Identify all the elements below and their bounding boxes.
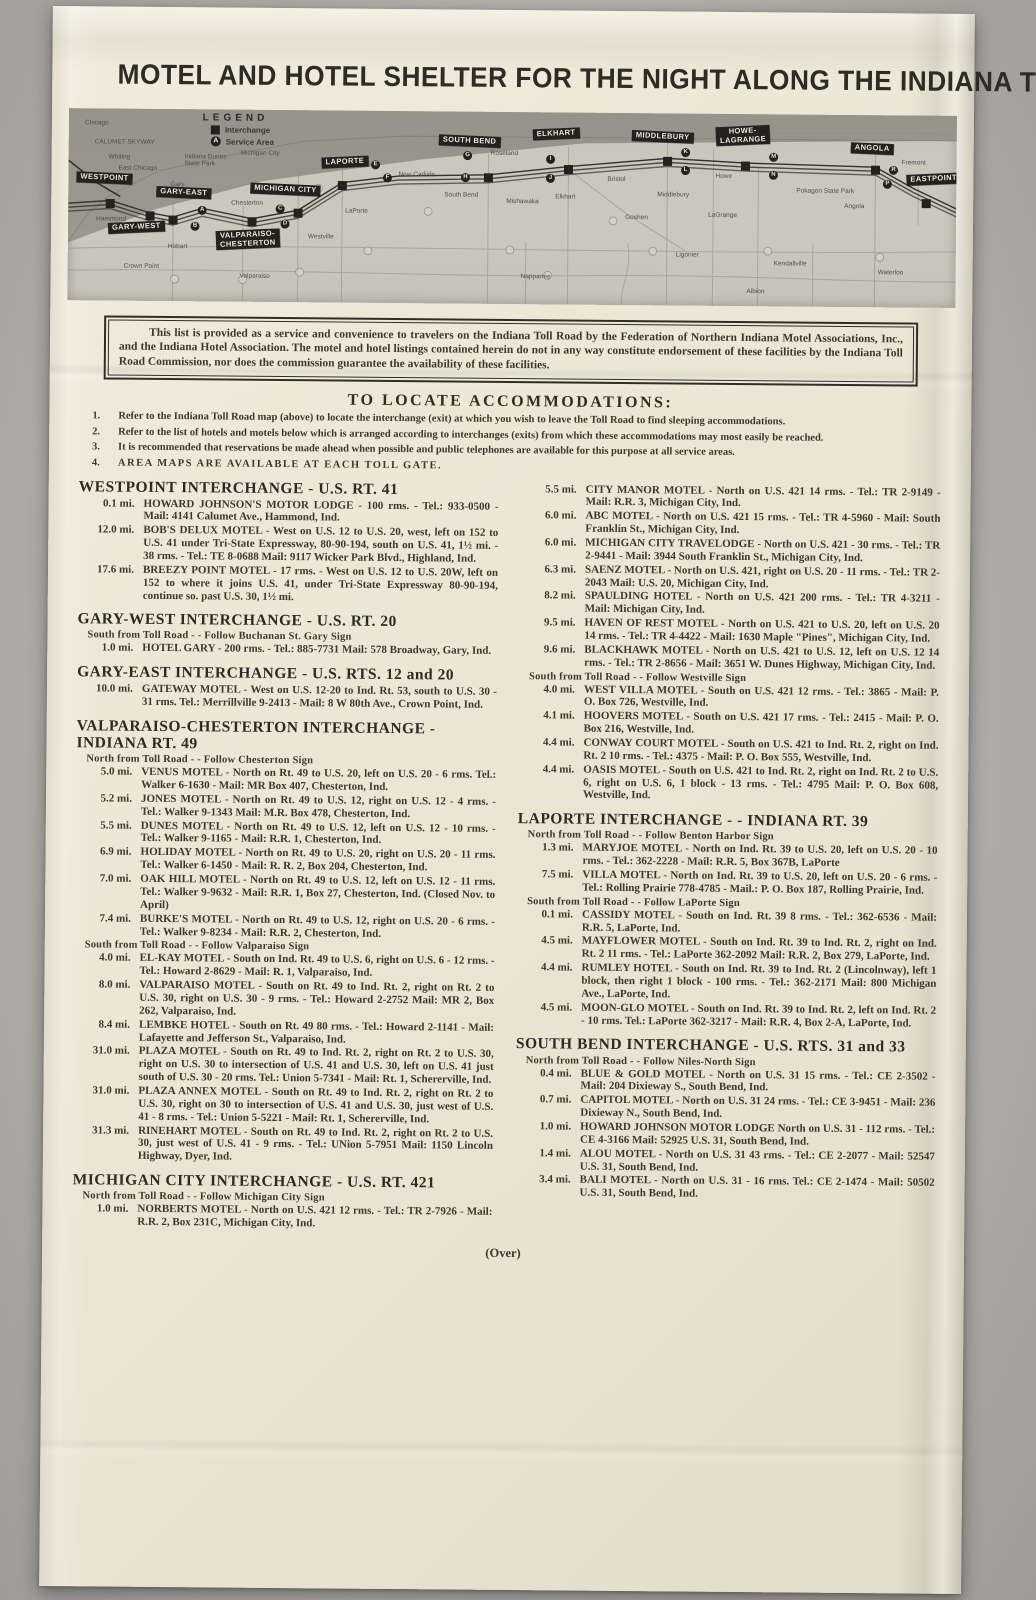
entry-distance: 1.4 mi. xyxy=(515,1147,580,1173)
interchange-section: GARY-WEST INTERCHANGE - U.S. RT. 20South… xyxy=(77,611,497,659)
section-title: MICHIGAN CITY INTERCHANGE - U.S. RT. 421 xyxy=(73,1171,493,1192)
interchange-marker xyxy=(741,162,750,171)
town-label: CALUMET SKYWAY xyxy=(95,138,155,146)
entry-description: RINEHART MOTEL - South on Rt. 49 to Ind.… xyxy=(138,1124,493,1166)
entry-description: MICHIGAN CITY TRAVELODGE - North on U.S.… xyxy=(585,537,940,566)
entry-distance: 31.0 mi. xyxy=(74,1045,139,1084)
service-area-marker: B xyxy=(190,222,199,231)
page-title: MOTEL AND HOTEL SHELTER FOR THE NIGHT AL… xyxy=(117,59,909,98)
town-label: LaPorte xyxy=(345,208,368,215)
interchange-sign: HOWE- LAGRANGE xyxy=(715,125,770,147)
listing-entry: 5.2 mi.JONES MOTEL - North on Rt. 49 to … xyxy=(76,792,496,821)
listing-entry: 8.4 mi.LEMBKE HOTEL - South on Rt. 49 80… xyxy=(74,1018,494,1047)
legend-interchange-label: Interchange xyxy=(225,126,270,135)
entry-description: HOTEL GARY - 200 rms. - Tel.: 885-7731 M… xyxy=(142,642,497,658)
entry-distance: 6.3 mi. xyxy=(520,563,585,589)
entry-description: MARYJOE MOTEL - North on Ind. Rt. 39 to … xyxy=(582,842,937,871)
legend-title: LEGEND xyxy=(197,112,274,124)
town-label: Mishawaka xyxy=(506,198,539,205)
listing-entry: 0.1 mi.CASSIDY MOTEL - South on Ind. Rt.… xyxy=(517,908,937,937)
toll-road-map: LEGEND Interchange A Service Area ABCDEF… xyxy=(67,108,957,308)
listing-column-right: 5.5 mi.CITY MANOR MOTEL - North on U.S. … xyxy=(515,482,941,1203)
listing-entry: 4.5 mi.MAYFLOWER MOTEL - South on Ind. R… xyxy=(517,935,937,964)
entry-description: MAYFLOWER MOTEL - South on Ind. Rt. 39 t… xyxy=(582,935,937,964)
entry-description: OAK HILL MOTEL - North on Rt. 49 to U.S.… xyxy=(140,873,495,915)
town-label: Michigan City xyxy=(241,150,280,157)
town-label: Bristol xyxy=(607,176,625,183)
service-area-marker: I xyxy=(546,155,555,164)
entry-description: BOB'S DELUX MOTEL - West on U.S. 12 to U… xyxy=(143,524,498,566)
entry-distance: 0.7 mi. xyxy=(515,1093,580,1119)
entry-distance: 4.4 mi. xyxy=(518,736,583,762)
instruction-number: 1. xyxy=(92,410,118,423)
instructions-list: 1.Refer to the Indiana Toll Road map (ab… xyxy=(92,410,928,477)
entry-distance: 5.5 mi. xyxy=(76,819,141,845)
disclaimer-box: This list is provided as a service and c… xyxy=(104,315,919,386)
interchange-sign: ANGOLA xyxy=(850,142,893,154)
brochure-paper: MOTEL AND HOTEL SHELTER FOR THE NIGHT AL… xyxy=(39,6,975,1594)
interchange-section: MICHIGAN CITY INTERCHANGE - U.S. RT. 421… xyxy=(72,1171,492,1231)
listing-entry: 6.9 mi.HOLIDAY MOTEL - North on Rt. 49 t… xyxy=(75,846,495,875)
interchange-icon xyxy=(211,125,220,134)
service-area-marker: L xyxy=(681,166,690,175)
entry-distance: 3.4 mi. xyxy=(515,1173,580,1199)
town-label: Crown Point xyxy=(124,263,159,270)
town-label: Howe xyxy=(715,173,732,180)
entry-distance: 8.2 mi. xyxy=(520,589,585,615)
entry-distance: 8.4 mi. xyxy=(74,1018,139,1044)
listing-entry: 4.5 mi.MOON-GLO MOTEL - South on Ind. Rt… xyxy=(516,1001,936,1030)
entry-description: MOON-GLO MOTEL - South on Ind. Rt. 39 to… xyxy=(581,1001,936,1030)
town-label: Roseland xyxy=(491,150,519,157)
entry-distance: 7.0 mi. xyxy=(75,872,140,911)
entry-description: JONES MOTEL - North on Rt. 49 to U.S. 12… xyxy=(141,793,496,822)
listing-entry: 5.5 mi.CITY MANOR MOTEL - North on U.S. … xyxy=(521,483,941,512)
entry-description: CASSIDY MOTEL - South on Ind. Rt. 39 8 r… xyxy=(582,908,937,937)
entry-description: GATEWAY MOTEL - West on U.S. 12-20 to In… xyxy=(142,683,497,712)
interchange-marker xyxy=(922,199,931,208)
entry-distance: 1.3 mi. xyxy=(517,841,582,867)
interchange-sign: LAPORTE xyxy=(321,156,368,169)
service-area-marker: C xyxy=(276,204,285,213)
entry-distance: 4.1 mi. xyxy=(519,709,584,735)
entry-distance: 7.5 mi. xyxy=(517,868,582,894)
section-title: LAPORTE INTERCHANGE - - INDIANA RT. 39 xyxy=(518,810,938,831)
interchange-section: WESTPOINT INTERCHANGE - U.S. RT. 410.1 m… xyxy=(78,478,499,606)
entry-distance: 9.6 mi. xyxy=(519,643,584,669)
entry-description: VENUS MOTEL - North on Rt. 49 to U.S. 20… xyxy=(141,766,496,795)
entry-distance: 6.0 mi. xyxy=(520,536,585,562)
interchange-marker xyxy=(247,217,256,226)
listing-entry: 31.3 mi.RINEHART MOTEL - South on Rt. 49… xyxy=(73,1124,493,1166)
town-label: LaGrange xyxy=(708,212,737,219)
interchange-section: 5.5 mi.CITY MANOR MOTEL - North on U.S. … xyxy=(518,483,941,805)
disclaimer-text: This list is provided as a service and c… xyxy=(119,326,903,376)
interchange-sign: ELKHART xyxy=(533,127,580,140)
section-title: GARY-WEST INTERCHANGE - U.S. RT. 20 xyxy=(77,611,497,632)
listing-entry: 1.3 mi.MARYJOE MOTEL - North on Ind. Rt.… xyxy=(517,841,937,870)
listing-entry: 4.4 mi.RUMLEY HOTEL - South on Ind. Rt. … xyxy=(516,961,936,1003)
town-label: Kendallville xyxy=(774,260,807,267)
listing-entry: 31.0 mi.PLAZA ANNEX MOTEL - South on Rt.… xyxy=(73,1084,493,1126)
entry-distance: 5.2 mi. xyxy=(76,792,141,818)
entry-distance: 6.9 mi. xyxy=(75,846,140,872)
entry-distance: 1.0 mi. xyxy=(77,642,142,655)
town-label: East Chicago xyxy=(118,165,157,172)
listing-entry: 5.5 mi.DUNES MOTEL - North on Rt. 49 to … xyxy=(76,819,496,848)
entry-description: BURKE'S MOTEL - North on Rt. 49 to U.S. … xyxy=(140,912,495,941)
service-area-marker: E xyxy=(371,160,380,169)
instruction-number: 4. xyxy=(92,457,118,470)
service-area-marker: N xyxy=(769,171,778,180)
town-label: Elkhart xyxy=(555,193,575,200)
entry-distance: 4.4 mi. xyxy=(518,763,583,802)
listing-entry: 4.1 mi.HOOVERS MOTEL - South on U.S. 421… xyxy=(519,709,939,738)
entry-description: RUMLEY HOTEL - South on Ind. Rt. 39 to I… xyxy=(581,962,936,1004)
listing-entry: 8.0 mi.VALPARAISO MOTEL - South on Rt. 4… xyxy=(74,978,494,1020)
listing-entry: 0.7 mi.CAPITOL MOTEL - North on U.S. 31 … xyxy=(515,1093,935,1122)
listing-entry: 1.0 mi.HOWARD JOHNSON MOTOR LODGE North … xyxy=(515,1120,935,1149)
instructions: TO LOCATE ACCOMMODATIONS: 1.Refer to the… xyxy=(92,389,929,477)
map-legend: LEGEND Interchange A Service Area xyxy=(197,112,274,147)
entry-distance: 7.4 mi. xyxy=(75,912,140,938)
entry-description: SAENZ MOTEL - North on U.S. 421, right o… xyxy=(585,563,940,592)
entry-distance: 12.0 mi. xyxy=(78,524,143,563)
instruction-number: 3. xyxy=(92,442,118,455)
interchange-section: SOUTH BEND INTERCHANGE - U.S. RTS. 31 an… xyxy=(515,1036,936,1203)
entry-distance: 0.4 mi. xyxy=(515,1067,580,1093)
town-label: Hobart xyxy=(168,243,188,250)
town-label: Valparaiso xyxy=(240,273,270,280)
interchange-marker xyxy=(106,199,115,208)
interchange-marker xyxy=(871,166,880,175)
listing-column-left: WESTPOINT INTERCHANGE - U.S. RT. 410.1 m… xyxy=(72,478,499,1232)
entry-distance: 10.0 mi. xyxy=(77,683,142,709)
listing-entry: 4.0 mi.WEST VILLA MOTEL - South on U.S. … xyxy=(519,683,939,712)
listing-entry: 4.4 mi.OASIS MOTEL - South on U.S. 421 t… xyxy=(518,763,938,805)
entry-distance: 0.1 mi. xyxy=(517,908,582,934)
town-label: Westville xyxy=(308,233,334,240)
listing-entry: 8.2 mi.SPAULDING HOTEL - North on U.S. 4… xyxy=(520,589,940,618)
entry-description: HOWARD JOHNSON MOTOR LODGE North on U.S.… xyxy=(580,1121,935,1150)
entry-description: BLACKHAWK MOTEL - North on U.S. 421 to U… xyxy=(584,643,939,672)
interchange-marker xyxy=(294,209,303,218)
entry-distance: 8.0 mi. xyxy=(74,978,139,1017)
section-title: VALPARAISO-CHESTERTON INTERCHANGE - INDI… xyxy=(76,717,496,755)
entry-distance: 1.0 mi. xyxy=(515,1120,580,1146)
service-area-icon: A xyxy=(211,136,221,146)
listing-entry: 7.0 mi.OAK HILL MOTEL - North on Rt. 49 … xyxy=(75,872,495,914)
interchange-marker xyxy=(663,157,672,166)
entry-distance: 31.3 mi. xyxy=(73,1124,138,1163)
service-area-marker: D xyxy=(280,220,289,229)
entry-description: CAPITOL MOTEL - North on U.S. 31 24 rms.… xyxy=(580,1094,935,1123)
entry-distance: 4.5 mi. xyxy=(516,1001,581,1027)
interchange-marker xyxy=(146,211,155,220)
interchange-section: LAPORTE INTERCHANGE - - INDIANA RT. 39No… xyxy=(516,810,938,1030)
entry-description: PLAZA MOTEL - South on Rt. 49 to Ind. Rt… xyxy=(139,1045,494,1087)
town-label: Fremont xyxy=(902,159,926,166)
listing-entry: 7.5 mi.VILLA MOTEL - North on Ind. Rt. 3… xyxy=(517,868,937,897)
entry-description: NORBERTS MOTEL - North on U.S. 421 12 rm… xyxy=(137,1203,492,1232)
listing-entry: 1.0 mi.HOTEL GARY - 200 rms. - Tel.: 885… xyxy=(77,642,497,659)
section-title: SOUTH BEND INTERCHANGE - U.S. RTS. 31 an… xyxy=(516,1036,936,1057)
listing-entry: 17.6 mi.BREEZY POINT MOTEL - 17 rms. - W… xyxy=(78,563,498,605)
entry-description: OASIS MOTEL - South on U.S. 421 to Ind. … xyxy=(583,763,938,805)
entry-description: HOWARD JOHNSON'S MOTOR LODGE - 100 rms. … xyxy=(143,497,498,526)
town-label: Waterloo xyxy=(878,269,904,276)
entry-description: CONWAY COURT MOTEL - South on U.S. 421 t… xyxy=(583,737,938,766)
entry-distance: 5.0 mi. xyxy=(76,765,141,791)
entry-description: BLUE & GOLD MOTEL - North on U.S. 31 15 … xyxy=(580,1067,935,1096)
interchange-marker xyxy=(169,216,178,225)
town-label: New Carlisle xyxy=(398,171,435,178)
entry-description: VALPARAISO MOTEL - South on Rt. 49 to In… xyxy=(139,979,494,1021)
service-area-marker: M xyxy=(769,153,778,162)
town-label: Pokagon State Park xyxy=(796,188,854,196)
entry-description: ALOU MOTEL - North on U.S. 31 43 rms. - … xyxy=(580,1147,935,1176)
instruction-number: 2. xyxy=(92,426,118,439)
listing-entry: 1.0 mi.NORBERTS MOTEL - North on U.S. 42… xyxy=(72,1202,492,1231)
town-label: Chicago xyxy=(85,119,109,126)
service-area-marker: A xyxy=(198,206,207,215)
entry-distance: 4.5 mi. xyxy=(517,935,582,961)
entry-description: WEST VILLA MOTEL - South on U.S. 421 12 … xyxy=(584,683,939,712)
town-label: Indiana Dunes State Park xyxy=(185,153,227,168)
town-label: Nappanee xyxy=(521,273,551,280)
section-title: GARY-EAST INTERCHANGE - U.S. RTS. 12 and… xyxy=(77,664,497,685)
entry-description: BREEZY POINT MOTEL - 17 rms. - West on U… xyxy=(143,564,498,606)
entry-description: HOLIDAY MOTEL - North on Rt. 49 to U.S. … xyxy=(140,846,495,875)
service-area-marker: G xyxy=(463,151,472,160)
listing-entry: 9.5 mi.HAVEN OF REST MOTEL - North on U.… xyxy=(519,616,939,645)
town-label: Middlebury xyxy=(657,191,689,198)
listing-entry: 6.3 mi.SAENZ MOTEL - North on U.S. 421, … xyxy=(520,563,940,592)
listing-entry: 0.1 mi.HOWARD JOHNSON'S MOTOR LODGE - 10… xyxy=(78,497,498,526)
section-title: WESTPOINT INTERCHANGE - U.S. RT. 41 xyxy=(79,478,499,499)
interchange-marker xyxy=(484,173,493,182)
town-label: Chesterton xyxy=(231,200,263,207)
listing-entry: 4.4 mi.CONWAY COURT MOTEL - South on U.S… xyxy=(518,736,938,765)
listing-entry: 1.4 mi.ALOU MOTEL - North on U.S. 31 43 … xyxy=(515,1147,935,1176)
entry-distance: 5.5 mi. xyxy=(521,483,586,509)
entry-description: SPAULDING HOTEL - North on U.S. 421 200 … xyxy=(585,590,940,619)
entry-distance: 9.5 mi. xyxy=(519,616,584,642)
listing-entry: 6.0 mi.ABC MOTEL - North on U.S. 421 15 … xyxy=(520,509,940,538)
interchange-section: GARY-EAST INTERCHANGE - U.S. RTS. 12 and… xyxy=(77,664,497,712)
listing-entry: 4.0 mi.EL-KAY MOTEL - South on Ind. Rt. … xyxy=(74,952,494,981)
legend-service-area-label: Service Area xyxy=(226,137,274,146)
entry-distance: 31.0 mi. xyxy=(73,1084,138,1123)
listing-entry: 10.0 mi.GATEWAY MOTEL - West on U.S. 12-… xyxy=(77,683,497,712)
listing-entry: 31.0 mi.PLAZA MOTEL - South on Rt. 49 to… xyxy=(74,1045,494,1087)
entry-distance: 17.6 mi. xyxy=(78,563,143,602)
listing-entry: 12.0 mi.BOB'S DELUX MOTEL - West on U.S.… xyxy=(78,524,498,566)
interchange-sign: VALPARAISO- CHESTERTON xyxy=(215,228,279,250)
town-label: South Bend xyxy=(444,191,478,198)
town-label: Angola xyxy=(844,203,864,210)
interchange-section: VALPARAISO-CHESTERTON INTERCHANGE - INDI… xyxy=(73,717,497,1166)
interchange-sign: EASTPOINT xyxy=(906,173,957,186)
listing-entry: 5.0 mi.VENUS MOTEL - North on Rt. 49 to … xyxy=(76,765,496,794)
entry-description: CITY MANOR MOTEL - North on U.S. 421 14 … xyxy=(586,483,941,512)
town-label: Ligonier xyxy=(676,251,699,258)
service-area-marker: P xyxy=(883,180,892,189)
entry-description: EL-KAY MOTEL - South on Ind. Rt. 49 to U… xyxy=(139,952,494,981)
listing-entry: 0.4 mi.BLUE & GOLD MOTEL - North on U.S.… xyxy=(515,1067,935,1096)
entry-distance: 4.0 mi. xyxy=(74,952,139,978)
service-area-marker: F xyxy=(383,173,392,182)
entry-description: HOOVERS MOTEL - South on U.S. 421 17 rms… xyxy=(584,710,939,739)
service-area-marker: H xyxy=(461,173,470,182)
over-note: (Over) xyxy=(42,1242,964,1265)
listing-entry: 9.6 mi.BLACKHAWK MOTEL - North on U.S. 4… xyxy=(519,643,939,672)
entry-description: HAVEN OF REST MOTEL - North on U.S. 421 … xyxy=(584,617,939,646)
entry-distance: 1.0 mi. xyxy=(72,1202,137,1228)
entry-distance: 4.4 mi. xyxy=(516,961,581,1000)
service-area-marker: K xyxy=(681,148,690,157)
entry-description: VILLA MOTEL - North on Ind. Rt. 39 to U.… xyxy=(582,869,937,898)
entry-distance: 4.0 mi. xyxy=(519,683,584,709)
listing-entry: 6.0 mi.MICHIGAN CITY TRAVELODGE - North … xyxy=(520,536,940,565)
listing-entry: 3.4 mi.BALI MOTEL - North on U.S. 31 - 1… xyxy=(515,1173,935,1202)
interchange-marker xyxy=(564,165,573,174)
service-area-marker: R xyxy=(889,166,898,175)
entry-distance: 6.0 mi. xyxy=(520,509,585,535)
entry-distance: 0.1 mi. xyxy=(78,497,143,523)
listing-entry: 7.4 mi.BURKE'S MOTEL - North on Rt. 49 t… xyxy=(75,912,495,941)
entry-description: DUNES MOTEL - North on Rt. 49 to U.S. 12… xyxy=(141,819,496,848)
entry-description: LEMBKE HOTEL - South on Rt. 49 80 rms. -… xyxy=(139,1018,494,1047)
service-area-marker: J xyxy=(546,174,555,183)
listings: WESTPOINT INTERCHANGE - U.S. RT. 410.1 m… xyxy=(72,478,941,1236)
town-label: Goshen xyxy=(625,214,648,221)
entry-description: BALI MOTEL - North on U.S. 31 - 16 rms. … xyxy=(580,1174,935,1203)
interchange-marker xyxy=(338,181,347,190)
entry-description: PLAZA ANNEX MOTEL - South on Rt. 49 to I… xyxy=(138,1085,493,1127)
entry-description: ABC MOTEL - North on U.S. 421 15 rms. - … xyxy=(585,510,940,539)
town-label: Albion xyxy=(746,288,764,295)
town-label: Whiting xyxy=(109,153,131,160)
